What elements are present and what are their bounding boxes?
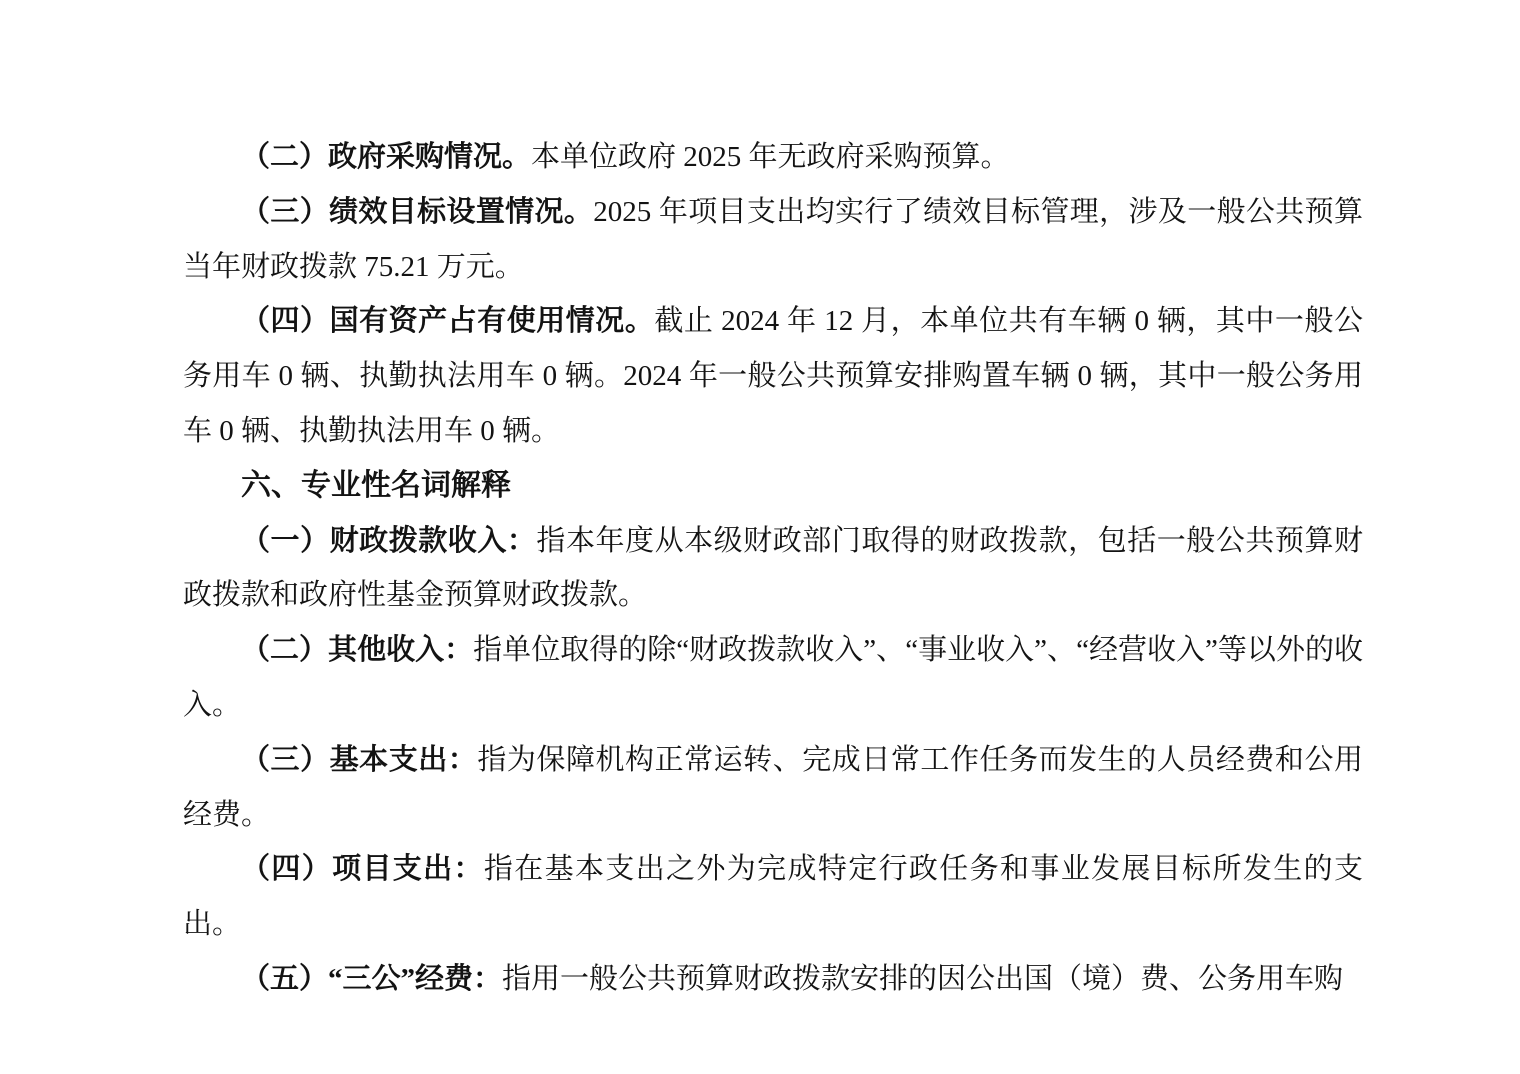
paragraph-def-project-expenditure: （四）项目支出：指在基本支出之外为完成特定行政任务和事业发展目标所发生的支出。	[183, 842, 1363, 952]
document-page: （二）政府采购情况。本单位政府 2025 年无政府采购预算。 （三）绩效目标设置…	[0, 0, 1520, 1074]
paragraph-lead: （二）其他收入：	[241, 634, 473, 666]
paragraph-lead: （三）绩效目标设置情况。	[241, 196, 593, 228]
paragraph-lead: （四）国有资产占有使用情况。	[241, 305, 654, 337]
paragraph-lead: （三）基本支出：	[241, 744, 477, 776]
paragraph-lead: （四）项目支出：	[241, 853, 484, 885]
paragraph-lead: （五）“三公”经费：	[241, 963, 502, 995]
paragraph-gov-procurement: （二）政府采购情况。本单位政府 2025 年无政府采购预算。	[183, 130, 1363, 185]
document-content: （二）政府采购情况。本单位政府 2025 年无政府采购预算。 （三）绩效目标设置…	[183, 130, 1363, 1007]
paragraph-body: 指用一般公共预算财政拨款安排的因公出国（境）费、公务用车购	[502, 963, 1343, 995]
paragraph-performance-targets: （三）绩效目标设置情况。2025 年项目支出均实行了绩效目标管理，涉及一般公共预…	[183, 185, 1363, 295]
paragraph-lead: （一）财政拨款收入：	[241, 525, 536, 557]
paragraph-state-assets: （四）国有资产占有使用情况。截止 2024 年 12 月，本单位共有车辆 0 辆…	[183, 294, 1363, 458]
section-heading: 六、专业性名词解释	[183, 459, 1363, 514]
paragraph-def-three-public-funds: （五）“三公”经费：指用一般公共预算财政拨款安排的因公出国（境）费、公务用车购	[183, 952, 1363, 1007]
paragraph-def-basic-expenditure: （三）基本支出：指为保障机构正常运转、完成日常工作任务而发生的人员经费和公用经费…	[183, 733, 1363, 843]
paragraph-def-other-income: （二）其他收入：指单位取得的除“财政拨款收入”、“事业收入”、“经营收入”等以外…	[183, 623, 1363, 733]
paragraph-lead: （二）政府采购情况。	[241, 141, 531, 173]
paragraph-def-fiscal-appropriation-income: （一）财政拨款收入：指本年度从本级财政部门取得的财政拨款，包括一般公共预算财政拨…	[183, 514, 1363, 624]
paragraph-body: 本单位政府 2025 年无政府采购预算。	[531, 141, 1010, 173]
